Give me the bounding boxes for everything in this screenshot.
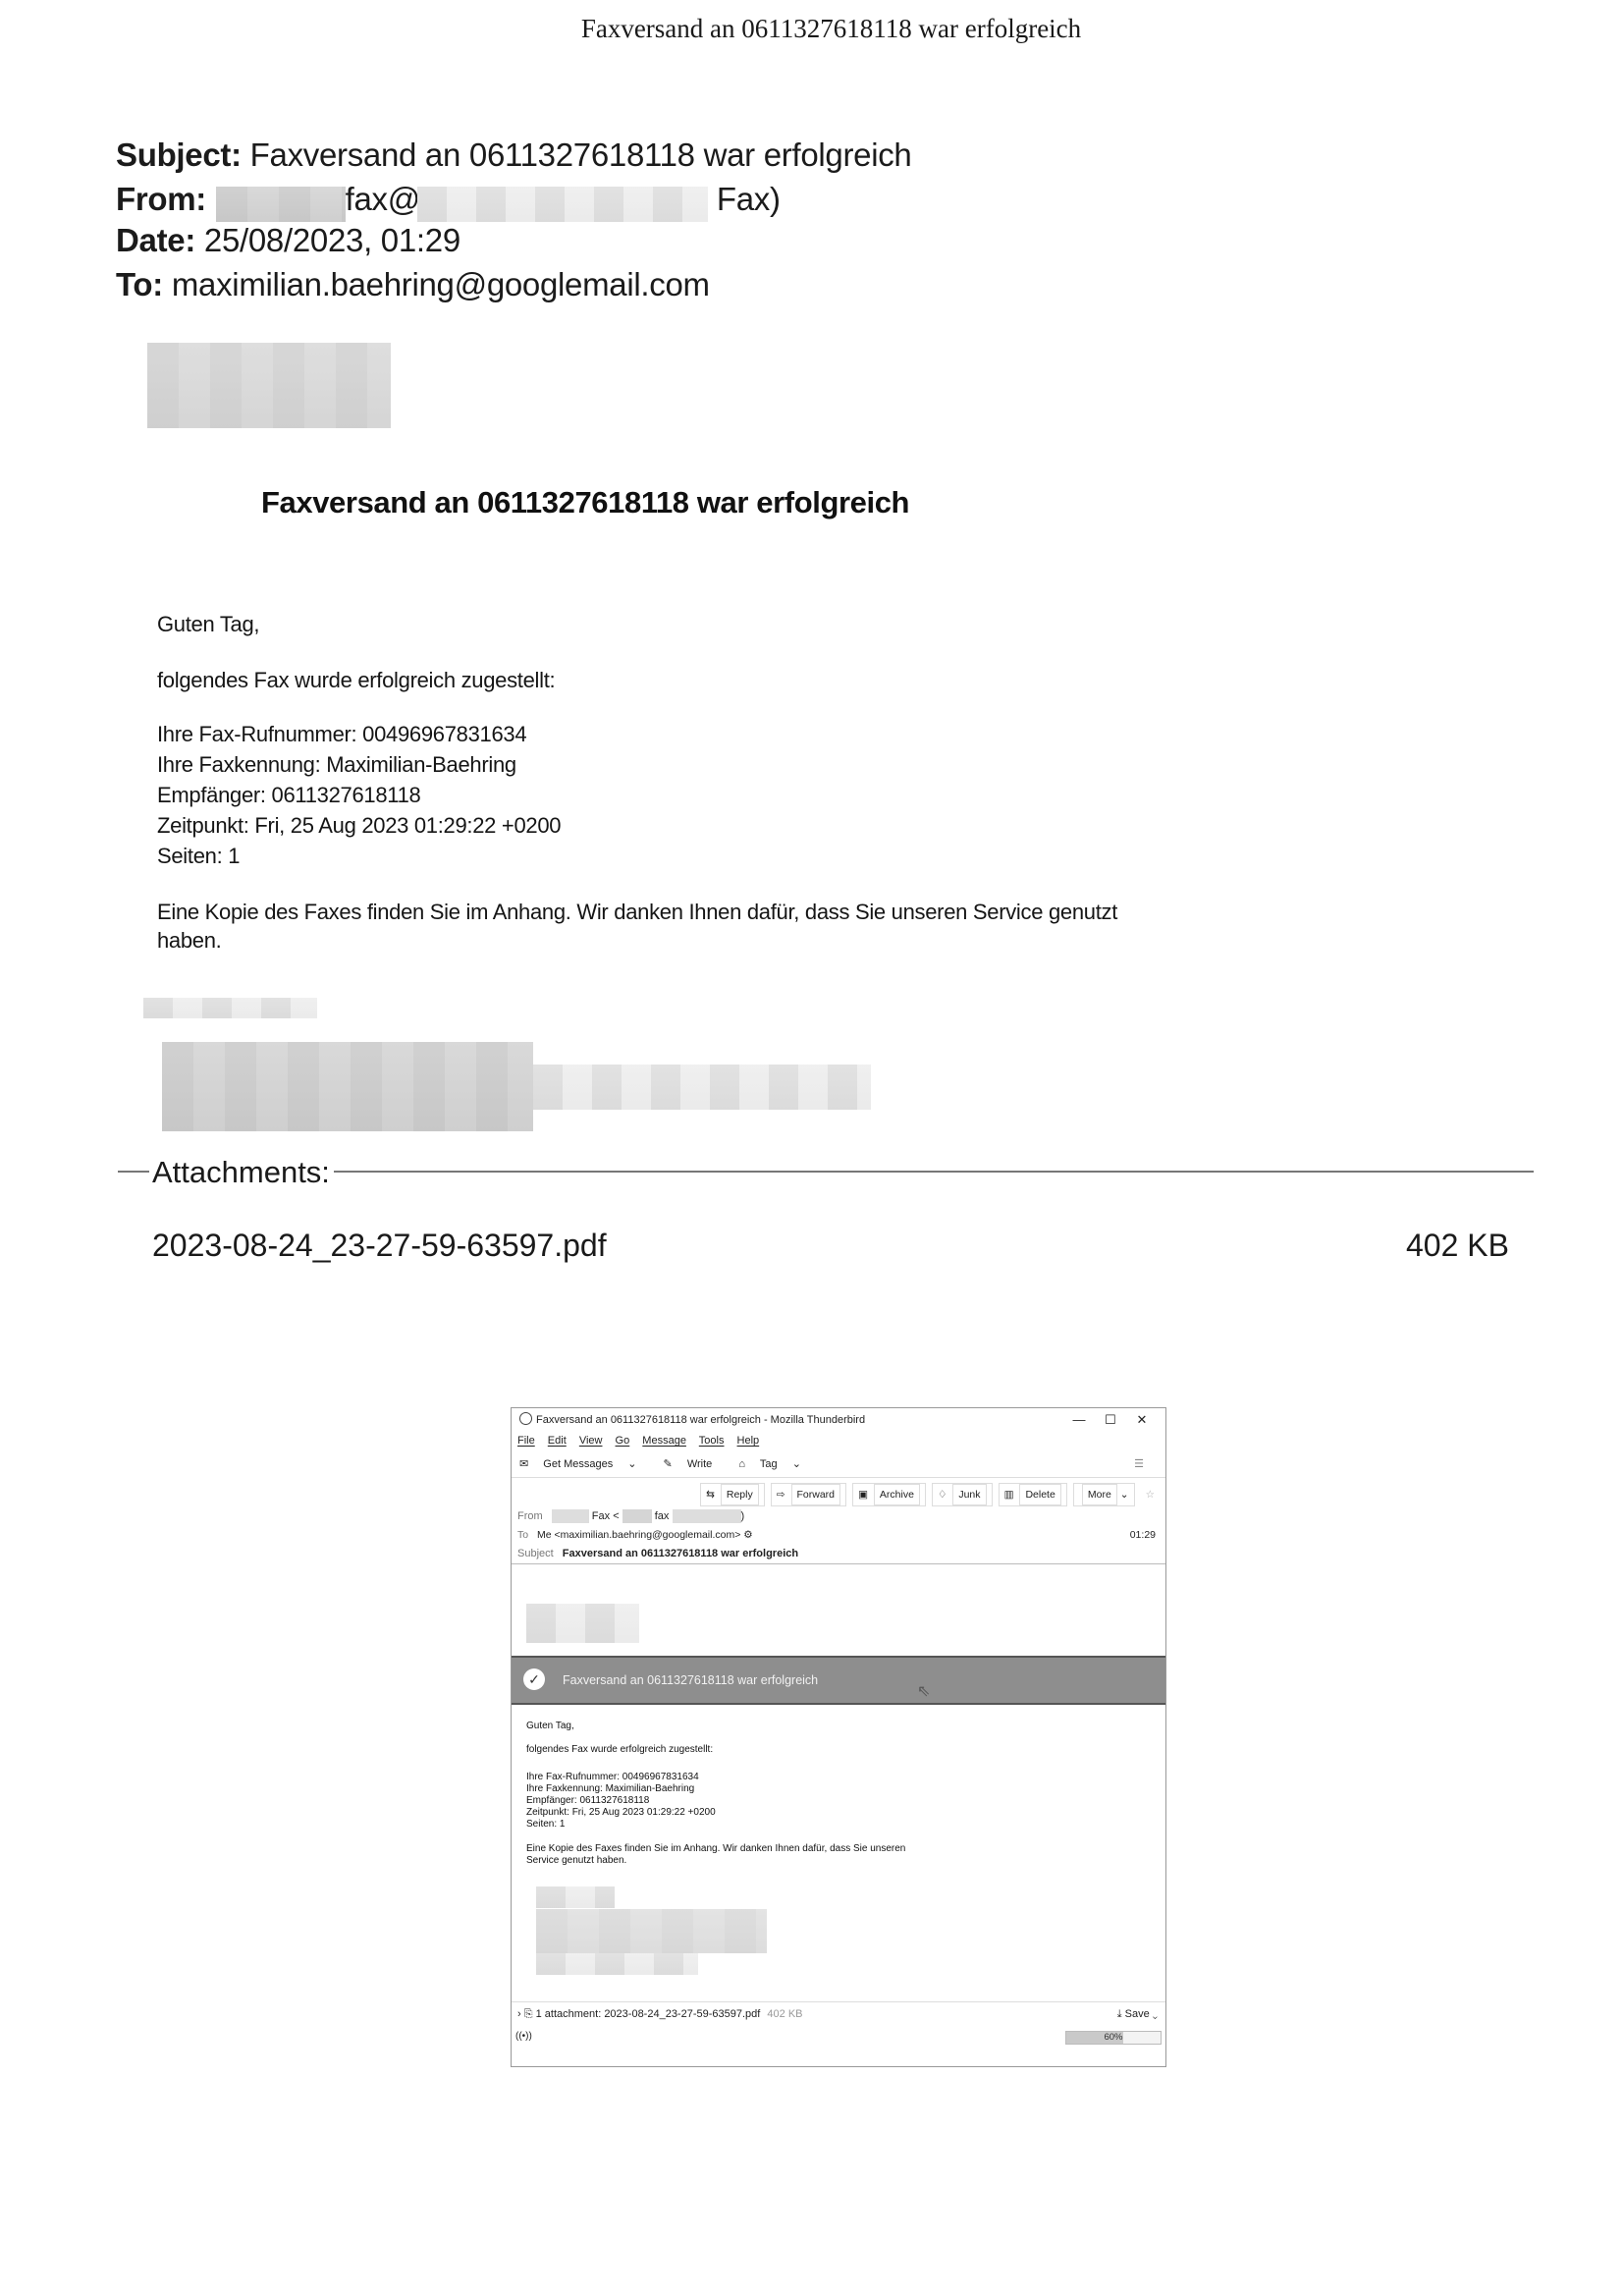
- body-detail: Empfänger: 0611327618118: [526, 1795, 649, 1807]
- forward-button[interactable]: ⇨ Forward: [771, 1483, 846, 1506]
- redacted-sender-name: [216, 187, 346, 222]
- menu-message[interactable]: Message: [642, 1435, 686, 1447]
- date-line: Date: 25/08/2023, 01:29: [116, 221, 460, 260]
- to-label: To: [517, 1529, 528, 1541]
- body-heading: Faxversand an 0611327618118 war erfolgre…: [261, 485, 909, 520]
- maximize-icon[interactable]: ☐: [1095, 1408, 1126, 1432]
- closing-text-2: haben.: [157, 925, 222, 956]
- attachments-label: Attachments:: [149, 1155, 334, 1190]
- minimize-icon[interactable]: —: [1063, 1408, 1095, 1432]
- banner-text: Faxversand an 0611327618118 war erfolgre…: [563, 1673, 818, 1687]
- redacted-address: [673, 1509, 741, 1523]
- pencil-icon: ✎: [664, 1458, 673, 1470]
- delete-button[interactable]: ▥ Delete: [999, 1483, 1067, 1506]
- subject-row: Subject Faxversand an 0611327618118 war …: [512, 1544, 1165, 1564]
- body-detail: Zeitpunkt: Fri, 25 Aug 2023 01:29:22 +02…: [526, 1807, 716, 1819]
- body-detail: Seiten: 1: [526, 1819, 565, 1831]
- detail-fax-number: Ihre Fax-Rufnummer: 00496967831634: [157, 719, 526, 749]
- junk-button[interactable]: ♢ Junk: [932, 1483, 993, 1506]
- mouse-cursor-icon: ⇖: [917, 1681, 930, 1701]
- success-banner: ✓ Faxversand an 0611327618118 war erfolg…: [512, 1656, 1165, 1705]
- subject-value: Faxversand an 0611327618118 war erfolgre…: [563, 1548, 798, 1559]
- attachment-size: 402 KB: [767, 2008, 802, 2020]
- attachment-bar[interactable]: › ⎘ 1 attachment: 2023-08-24_23-27-59-63…: [512, 2001, 1165, 2026]
- subject-value: Faxversand an 0611327618118 war erfolgre…: [250, 137, 912, 173]
- date-value: 25/08/2023, 01:29: [204, 222, 460, 258]
- chevron-down-icon: ⌄: [792, 1458, 801, 1470]
- to-label: To:: [116, 266, 163, 302]
- subject-line: Subject: Faxversand an 0611327618118 war…: [116, 136, 912, 175]
- inbox-icon: ✉: [519, 1458, 528, 1470]
- contact-icon[interactable]: ⚙: [743, 1529, 752, 1541]
- from-label: From: [517, 1510, 543, 1522]
- archive-button[interactable]: ▣ Archive: [852, 1483, 926, 1506]
- from-row: From Fax < fax ): [512, 1507, 1165, 1525]
- thunderbird-screenshot: Faxversand an 0611327618118 war erfolgre…: [511, 1407, 1166, 2067]
- date-label: Date:: [116, 222, 195, 258]
- checkmark-icon: ✓: [523, 1668, 545, 1690]
- attachment-summary[interactable]: 1 attachment: 2023-08-24_23-27-59-63597.…: [536, 2008, 761, 2020]
- redacted-sender-domain: [417, 187, 708, 222]
- body-closing: Eine Kopie des Faxes finden Sie im Anhan…: [526, 1843, 905, 1855]
- intro-text: folgendes Fax wurde erfolgreich zugestel…: [157, 665, 555, 695]
- greeting: Guten Tag,: [157, 609, 259, 639]
- detail-timestamp: Zeitpunkt: Fri, 25 Aug 2023 01:29:22 +02…: [157, 810, 561, 841]
- detail-fax-id: Ihre Faxkennung: Maximilian-Baehring: [157, 749, 516, 780]
- subject-label: Subject:: [116, 137, 242, 173]
- from-value[interactable]: Fax <: [592, 1510, 620, 1522]
- subject-label: Subject: [517, 1548, 554, 1559]
- save-button[interactable]: ⤓ Save ⌄: [1117, 2002, 1158, 2026]
- menu-go[interactable]: Go: [616, 1435, 630, 1447]
- tag-icon: ⌂: [738, 1458, 745, 1470]
- chevron-down-icon[interactable]: ⌄: [627, 1458, 636, 1470]
- to-value[interactable]: Me <maximilian.baehring@googlemail.com>: [537, 1529, 740, 1541]
- body-intro: folgendes Fax wurde erfolgreich zugestel…: [526, 1744, 713, 1756]
- write-button[interactable]: ✎ Write: [664, 1458, 725, 1470]
- message-time: 01:29: [1130, 1526, 1156, 1544]
- star-icon[interactable]: ☆: [1141, 1485, 1160, 1504]
- from-suffix: l Fax): [701, 181, 781, 217]
- tag-button[interactable]: ⌂ Tag ⌄: [738, 1458, 813, 1470]
- message-actions: ⇆ Reply ⇨ Forward ▣ Archive ♢ Junk ▥ Del…: [512, 1483, 1165, 1504]
- window-titlebar: Faxversand an 0611327618118 war erfolgre…: [512, 1408, 1165, 1432]
- redacted-signature: [536, 1909, 767, 1953]
- chevron-down-icon[interactable]: ⌄: [1153, 2008, 1158, 2020]
- body-greeting: Guten Tag,: [526, 1721, 574, 1732]
- menu-bar: File Edit View Go Message Tools Help: [512, 1430, 1165, 1451]
- to-row: To Me <maximilian.baehring@googlemail.co…: [512, 1526, 1165, 1544]
- reply-button[interactable]: ⇆ Reply: [700, 1483, 765, 1506]
- progress-bar: 60%: [1065, 2031, 1162, 2045]
- paperclip-icon: ⎘: [524, 2008, 533, 2020]
- menu-tools[interactable]: Tools: [699, 1435, 725, 1447]
- print-page-title: Faxversand an 0611327618118 war erfolgre…: [0, 14, 1623, 44]
- to-value: maximilian.baehring@googlemail.com: [172, 266, 710, 302]
- redacted-signature-line: [143, 998, 317, 1018]
- body-detail: Ihre Fax-Rufnummer: 00496967831634: [526, 1772, 699, 1783]
- menu-view[interactable]: View: [579, 1435, 603, 1447]
- menu-edit[interactable]: Edit: [548, 1435, 567, 1447]
- redacted-logo: [526, 1604, 639, 1643]
- redacted-signature: [536, 1953, 698, 1975]
- closing-text-1: Eine Kopie des Faxes finden Sie im Anhan…: [157, 897, 1117, 927]
- window-title: Faxversand an 0611327618118 war erfolgre…: [536, 1414, 865, 1426]
- hamburger-menu-icon[interactable]: ☰: [1134, 1451, 1144, 1477]
- get-messages-button[interactable]: ✉ Get Messages ⌄: [519, 1458, 648, 1470]
- attachment-size: 402 KB: [1406, 1228, 1509, 1264]
- download-icon: ⤓: [1117, 2008, 1122, 2020]
- attachment-filename[interactable]: 2023-08-24_23-27-59-63597.pdf: [152, 1228, 607, 1264]
- to-line: To: maximilian.baehring@googlemail.com: [116, 265, 710, 304]
- main-toolbar: ✉ Get Messages ⌄ ✎ Write ⌂ Tag ⌄ ☰: [512, 1451, 1165, 1478]
- redacted-signature-block: [162, 1042, 533, 1131]
- menu-help[interactable]: Help: [737, 1435, 760, 1447]
- detail-pages: Seiten: 1: [157, 841, 240, 871]
- redacted-address: [622, 1509, 652, 1523]
- menu-file[interactable]: File: [517, 1435, 535, 1447]
- from-value-2: fax: [655, 1510, 670, 1522]
- online-status-icon[interactable]: ((•)): [515, 2031, 532, 2042]
- redacted-logo: [147, 343, 391, 428]
- body-detail: Ihre Faxkennung: Maximilian-Baehring: [526, 1783, 694, 1795]
- status-bar: ((•)) 60%: [512, 2027, 1165, 2047]
- expand-chevron-icon[interactable]: ›: [517, 2008, 521, 2020]
- close-icon[interactable]: ✕: [1126, 1408, 1158, 1432]
- thunderbird-logo-icon: [519, 1412, 532, 1425]
- redacted-signature: [536, 1886, 615, 1908]
- progress-text: 60%: [1066, 2032, 1161, 2044]
- from-label: From:: [116, 181, 206, 217]
- redacted-signature-block: [533, 1065, 871, 1110]
- redacted-name: [552, 1509, 589, 1523]
- detail-recipient: Empfänger: 0611327618118: [157, 780, 420, 810]
- more-button[interactable]: More ⌄: [1073, 1483, 1135, 1506]
- body-closing: Service genutzt haben.: [526, 1855, 626, 1867]
